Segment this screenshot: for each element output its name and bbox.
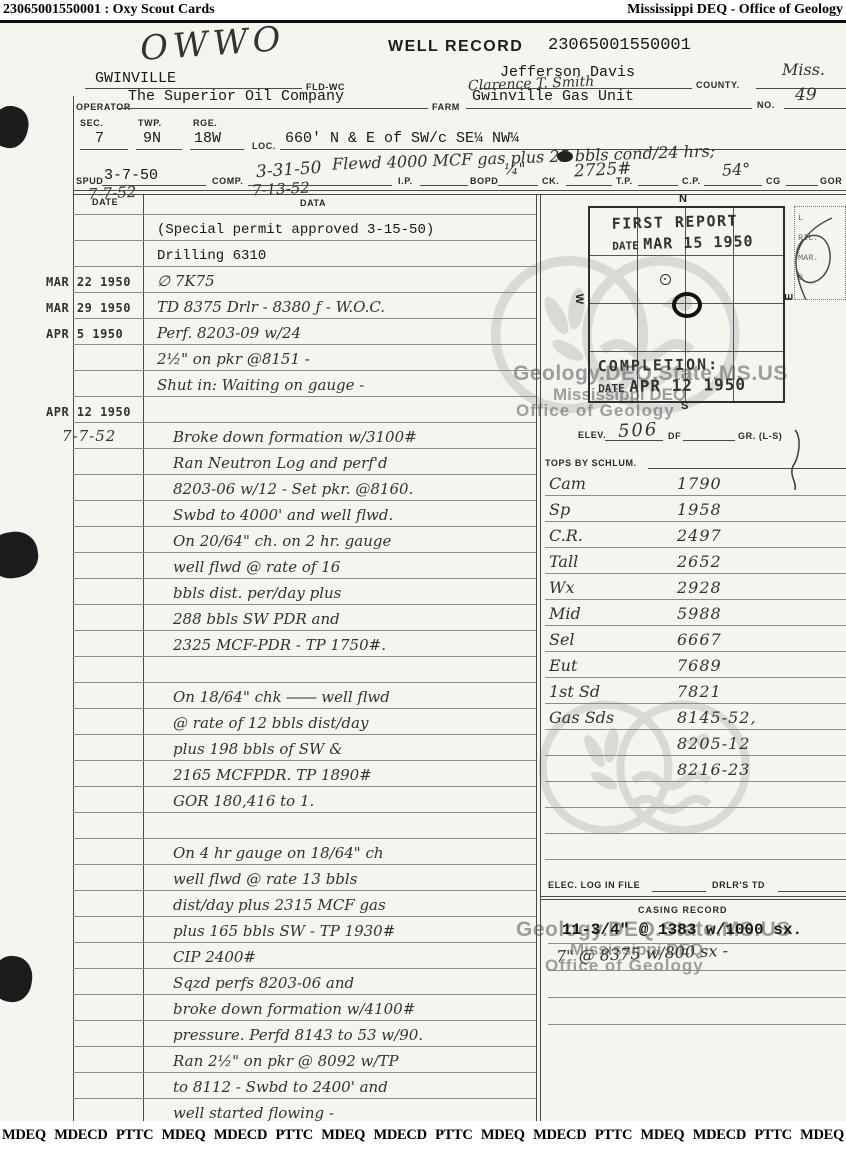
plat-gridline xyxy=(590,255,783,256)
formation-name xyxy=(545,831,677,833)
log-row: well flwd @ rate 13 bbls xyxy=(73,865,536,891)
log-date xyxy=(46,861,159,864)
formation-name: Tall xyxy=(545,552,677,573)
underline xyxy=(566,185,612,186)
bopd-label: BOPD xyxy=(470,176,498,186)
formation-top-row xyxy=(545,808,846,834)
ruled-line xyxy=(548,1024,846,1025)
log-date: MAR 29 1950 xyxy=(46,301,143,318)
center-divider xyxy=(536,194,537,1124)
log-date xyxy=(46,653,159,656)
underline xyxy=(466,108,752,109)
formation-top-row xyxy=(545,834,846,860)
log-row: Ran Neutron Log and perf'd xyxy=(73,449,536,475)
cg-label: CG xyxy=(766,176,781,186)
divider xyxy=(540,899,846,900)
log-text: Broke down formation w/3100# xyxy=(159,428,536,448)
log-date xyxy=(46,237,143,240)
county-label: COUNTY. xyxy=(696,80,740,90)
formation-depth: 7689 xyxy=(677,656,846,677)
log-date xyxy=(46,783,159,786)
formation-depth xyxy=(677,857,846,859)
log-row: @ rate of 12 bbls dist/day xyxy=(73,709,536,735)
viewer-header-left: 23065001550001 : Oxy Scout Cards xyxy=(3,2,215,18)
underline xyxy=(80,149,128,150)
log-text: Perf. 8203-09 w/24 xyxy=(143,324,536,344)
formation-name xyxy=(545,753,677,755)
log-date xyxy=(46,1069,159,1072)
offset-well-marker xyxy=(660,274,671,285)
compass-west: W xyxy=(573,294,585,304)
footer-stamp-row: MDEQ MDECD PTTC MDEQ MDECD PTTC MDEQ MDE… xyxy=(2,1127,844,1144)
center-divider xyxy=(540,194,541,1124)
log-date xyxy=(46,991,159,994)
log-row: to 8112 - Swbd to 2400' and xyxy=(73,1073,536,1099)
first-report-stamp: FIRST REPORT DATE MAR 15 1950 xyxy=(612,211,754,255)
log-date: APR 5 1950 xyxy=(46,327,143,344)
log-text: plus 198 bbls of SW & xyxy=(159,740,536,760)
first-report-date-label: DATE xyxy=(612,239,639,253)
log-row xyxy=(73,813,536,839)
formation-depth xyxy=(677,831,846,833)
log-date xyxy=(46,1043,159,1046)
log-text: 2325 MCF-PDR - TP 1750#. xyxy=(159,636,536,656)
log-row: 2325 MCF-PDR - TP 1750#. xyxy=(73,631,536,657)
formation-name xyxy=(545,805,677,807)
underline xyxy=(136,149,182,150)
log-row: well flwd @ rate of 16 xyxy=(73,553,536,579)
completion-date: APR 12 1950 xyxy=(629,375,746,396)
ip-label: I.P. xyxy=(398,176,413,186)
scout-card-page: 23065001550001 : Oxy Scout Cards Mississ… xyxy=(0,0,846,1151)
well-number: 49 xyxy=(795,85,817,105)
sec-value: 7 xyxy=(95,130,104,147)
log-text: dist/day plus 2315 MCF gas xyxy=(159,896,536,916)
log-date xyxy=(46,731,159,734)
underline xyxy=(786,185,818,186)
log-row: pressure. Perfd 8143 to 53 w/90. xyxy=(73,1021,536,1047)
data-header: DATA xyxy=(300,198,326,208)
rge-label: RGE. xyxy=(193,118,217,128)
log-date xyxy=(46,939,159,942)
formation-depth xyxy=(677,805,846,807)
formation-depth: 1790 xyxy=(677,474,846,495)
ruled-line xyxy=(548,970,846,971)
log-date xyxy=(46,705,159,708)
formation-top-row: 1st Sd7821 xyxy=(545,678,846,704)
well-log-entries: (Special permit approved 3-15-50)Drillin… xyxy=(73,214,536,1125)
log-text: Drilling 6310 xyxy=(143,248,536,266)
state-value: Miss. xyxy=(782,60,825,79)
formation-name: Wx xyxy=(545,578,677,599)
spud-value: 3-7-50 xyxy=(104,167,158,184)
log-row: 8203-06 w/12 - Set pkr. @8160. xyxy=(73,475,536,501)
twp-label: TWP. xyxy=(138,118,162,128)
compass-north: N xyxy=(679,193,687,205)
formation-top-row: 8205-12 xyxy=(545,730,846,756)
formation-top-row: Gas Sds8145-52, xyxy=(545,704,846,730)
comp-added-date: 7-13-52 xyxy=(252,178,311,199)
log-text xyxy=(159,836,536,838)
operator-label: OPERATOR xyxy=(76,102,131,112)
formation-name: 1st Sd xyxy=(545,682,677,703)
formation-depth: 8145-52, xyxy=(677,708,846,729)
formation-top-row: Tall2652 xyxy=(545,548,846,574)
log-row: bbls dist. per/day plus xyxy=(73,579,536,605)
log-text: 288 bbls SW PDR and xyxy=(159,610,536,630)
log-text: Ran 2½" on pkr @ 8092 w/TP xyxy=(159,1052,536,1072)
log-date xyxy=(46,835,159,838)
log-date xyxy=(46,549,159,552)
formation-top-row xyxy=(545,782,846,808)
completion-date-label: DATE xyxy=(598,382,625,395)
log-date xyxy=(46,809,159,812)
well-location-marker xyxy=(672,292,702,318)
log-row: Shut in: Waiting on gauge - xyxy=(73,371,536,397)
log-row: plus 198 bbls of SW & xyxy=(73,735,536,761)
log-text: Swbd to 4000' and well flwd. xyxy=(159,506,536,526)
bopd-value: ¼" xyxy=(504,160,525,178)
log-text: On 20/64" ch. on 2 hr. gauge xyxy=(159,532,536,552)
log-row: MAR 22 1950∅ 7K75 xyxy=(73,267,536,293)
log-row: On 4 hr gauge on 18/64" ch xyxy=(73,839,536,865)
underline xyxy=(652,891,706,892)
gr-label: GR. (L-S) xyxy=(738,431,782,441)
first-report-date: MAR 15 1950 xyxy=(643,232,754,253)
tops-label: TOPS BY SCHLUM. xyxy=(545,458,637,468)
signature-scribble xyxy=(762,210,846,305)
log-date xyxy=(46,757,159,760)
underline xyxy=(248,185,392,186)
operator-value: The Superior Oil Company xyxy=(128,88,344,105)
log-row: Swbd to 4000' and well flwd. xyxy=(73,501,536,527)
formation-name: Eut xyxy=(545,656,677,677)
divider xyxy=(73,194,846,195)
log-row: APR 12 1950 xyxy=(73,397,536,423)
log-date xyxy=(46,523,159,526)
log-date xyxy=(46,627,159,630)
log-date xyxy=(46,367,143,370)
underline xyxy=(704,185,762,186)
underline xyxy=(420,185,468,186)
drlrs-td-label: DRLR'S TD xyxy=(712,880,765,890)
log-row: Ran 2½" on pkr @ 8092 w/TP xyxy=(73,1047,536,1073)
underline xyxy=(102,185,206,186)
log-date: MAR 22 1950 xyxy=(46,275,143,292)
log-text: to 8112 - Swbd to 2400' and xyxy=(159,1078,536,1098)
log-text: @ rate of 12 bbls dist/day xyxy=(159,714,536,734)
first-report-title: FIRST REPORT xyxy=(612,211,754,233)
log-date xyxy=(46,393,143,396)
divider xyxy=(540,896,846,897)
log-date xyxy=(46,575,159,578)
formation-top-row: C.R.2497 xyxy=(545,522,846,548)
log-text: 2165 MCFPDR. TP 1890# xyxy=(159,766,536,786)
cp-label: C.P. xyxy=(682,176,701,186)
log-text: bbls dist. per/day plus xyxy=(159,584,536,604)
log-row: Sqzd perfs 8203-06 and xyxy=(73,969,536,995)
formation-top-row: Sp1958 xyxy=(545,496,846,522)
formation-top-row: Eut7689 xyxy=(545,652,846,678)
log-text: plus 165 bbls SW - TP 1930# xyxy=(159,922,536,942)
df-label: DF xyxy=(668,431,681,441)
log-text: Ran Neutron Log and perf'd xyxy=(159,454,536,474)
formation-tops-list: Cam1790Sp1958C.R.2497Tall2652Wx2928Mid59… xyxy=(545,470,846,860)
log-row: On 18/64" chk ―― well flwd xyxy=(73,683,536,709)
underline xyxy=(648,468,846,469)
formation-name: Sel xyxy=(545,630,677,651)
log-text: CIP 2400# xyxy=(159,948,536,968)
formation-depth: 7821 xyxy=(677,682,846,703)
log-row: 7-7-52Broke down formation w/3100# xyxy=(73,423,536,449)
log-row: 288 bbls SW PDR and xyxy=(73,605,536,631)
log-row: (Special permit approved 3-15-50) xyxy=(73,215,536,241)
ruled-line xyxy=(548,997,846,998)
log-text: On 4 hr gauge on 18/64" ch xyxy=(159,844,536,864)
log-text: pressure. Perfd 8143 to 53 w/90. xyxy=(159,1026,536,1046)
divider xyxy=(73,190,846,191)
elev-value: 506 xyxy=(617,419,658,442)
log-date xyxy=(46,1095,159,1098)
rge-value: 18W xyxy=(194,130,221,147)
api-number: 23065001550001 xyxy=(548,36,691,55)
log-text: 8203-06 w/12 - Set pkr. @8160. xyxy=(159,480,536,500)
sec-label: SEC. xyxy=(80,118,103,128)
log-row: dist/day plus 2315 MCF gas xyxy=(73,891,536,917)
card-title: WELL RECORD xyxy=(388,38,523,56)
tp-label: T.P. xyxy=(616,176,633,186)
formation-depth: 2497 xyxy=(677,526,846,547)
compass-south: S xyxy=(681,400,688,412)
log-date xyxy=(46,965,159,968)
log-row: On 20/64" ch. on 2 hr. gauge xyxy=(73,527,536,553)
log-date xyxy=(46,497,159,500)
log-text: ∅ 7K75 xyxy=(143,272,536,292)
log-date xyxy=(46,263,143,266)
ck-label: CK. xyxy=(542,176,559,186)
log-row: Drilling 6310 xyxy=(73,241,536,267)
formation-top-row: Wx2928 xyxy=(545,574,846,600)
formation-depth: 2652 xyxy=(677,552,846,573)
gor-label: GOR xyxy=(820,176,842,186)
log-date xyxy=(46,601,159,604)
log-row: MAR 29 1950TD 8375 Drlr - 8380 ƒ - W.O.C… xyxy=(73,293,536,319)
formation-top-row: Cam1790 xyxy=(545,470,846,496)
plat-gridline xyxy=(590,351,783,352)
comp-label: COMP. xyxy=(212,176,243,186)
log-date xyxy=(46,679,159,682)
underline xyxy=(190,149,244,150)
farm-label: FARM xyxy=(432,102,460,112)
log-row: 2165 MCFPDR. TP 1890# xyxy=(73,761,536,787)
cp-value: 54° xyxy=(722,159,751,179)
log-row: GOR 180,416 to 1. xyxy=(73,787,536,813)
casing-record-title: CASING RECORD xyxy=(638,905,728,915)
log-row: broke down formation w/4100# xyxy=(73,995,536,1021)
date-header: DATE xyxy=(92,197,118,207)
twp-value: 9N xyxy=(143,130,161,147)
underline xyxy=(118,108,428,109)
underline xyxy=(778,891,846,892)
formation-depth: 8216-23 xyxy=(677,760,846,781)
underline xyxy=(784,108,846,109)
formation-depth: 2928 xyxy=(677,578,846,599)
formation-name: Sp xyxy=(545,500,677,521)
log-date xyxy=(46,887,159,890)
casing-line: 11-3/4" @ 1383 w/1000 sx. xyxy=(562,921,802,939)
log-date xyxy=(46,913,159,916)
formation-name xyxy=(545,857,677,859)
formation-name: Mid xyxy=(545,604,677,625)
log-text xyxy=(143,420,536,422)
log-text xyxy=(159,680,536,682)
log-text: Shut in: Waiting on gauge - xyxy=(143,376,536,396)
elev-label: ELEV. xyxy=(578,430,606,440)
formation-top-row: 8216-23 xyxy=(545,756,846,782)
viewer-header: 23065001550001 : Oxy Scout Cards Mississ… xyxy=(0,0,846,20)
formation-top-row: Sel6667 xyxy=(545,626,846,652)
log-text: Sqzd perfs 8203-06 and xyxy=(159,974,536,994)
log-text: well flwd @ rate of 16 xyxy=(159,558,536,578)
loc-value: 660' N & E of SW/c SE¼ NW¼ xyxy=(285,130,519,147)
formation-name xyxy=(545,779,677,781)
log-date: APR 12 1950 xyxy=(46,405,143,422)
log-text: (Special permit approved 3-15-50) xyxy=(143,222,536,240)
underline xyxy=(683,440,735,441)
farm-value: Gwinville Gas Unit xyxy=(472,88,634,105)
formation-depth: 8205-12 xyxy=(677,734,846,755)
viewer-footer: MDEQ MDECD PTTC MDEQ MDECD PTTC MDEQ MDE… xyxy=(0,1121,846,1151)
loc-label: LOC. xyxy=(252,141,276,151)
log-text: 2½" on pkr @8151 - xyxy=(143,350,536,370)
underline xyxy=(638,185,678,186)
formation-name: C.R. xyxy=(545,526,677,547)
log-text: On 18/64" chk ―― well flwd xyxy=(159,688,536,708)
log-date: 7-7-52 xyxy=(46,427,159,448)
log-row xyxy=(73,657,536,683)
viewer-header-right: Mississippi DEQ - Office of Geology xyxy=(627,2,843,18)
elec-log-label: ELEC. LOG IN FILE xyxy=(548,880,640,890)
field-name: GWINVILLE xyxy=(95,70,176,87)
underline xyxy=(605,440,663,441)
formation-name: Cam xyxy=(545,474,677,495)
formation-name: Gas Sds xyxy=(545,708,677,729)
log-row: plus 165 bbls SW - TP 1930# xyxy=(73,917,536,943)
ink-blot xyxy=(557,151,573,162)
log-date xyxy=(46,471,159,474)
formation-top-row: Mid5988 xyxy=(545,600,846,626)
formation-depth: 6667 xyxy=(677,630,846,651)
log-text: broke down formation w/4100# xyxy=(159,1000,536,1020)
log-row: APR 5 1950Perf. 8203-09 w/24 xyxy=(73,319,536,345)
log-row: CIP 2400# xyxy=(73,943,536,969)
formation-depth: 5988 xyxy=(677,604,846,625)
log-text: well flwd @ rate 13 bbls xyxy=(159,870,536,890)
log-date xyxy=(46,1017,159,1020)
log-text: GOR 180,416 to 1. xyxy=(159,792,536,812)
completion-stamp: COMPLETION: DATE APR 12 1950 xyxy=(598,355,747,398)
log-row: 2½" on pkr @8151 - xyxy=(73,345,536,371)
no-label: NO. xyxy=(757,100,775,110)
completion-title: COMPLETION: xyxy=(598,355,746,376)
log-text: TD 8375 Drlr - 8380 ƒ - W.O.C. xyxy=(143,298,536,318)
formation-depth: 1958 xyxy=(677,500,846,521)
underline xyxy=(498,185,538,186)
